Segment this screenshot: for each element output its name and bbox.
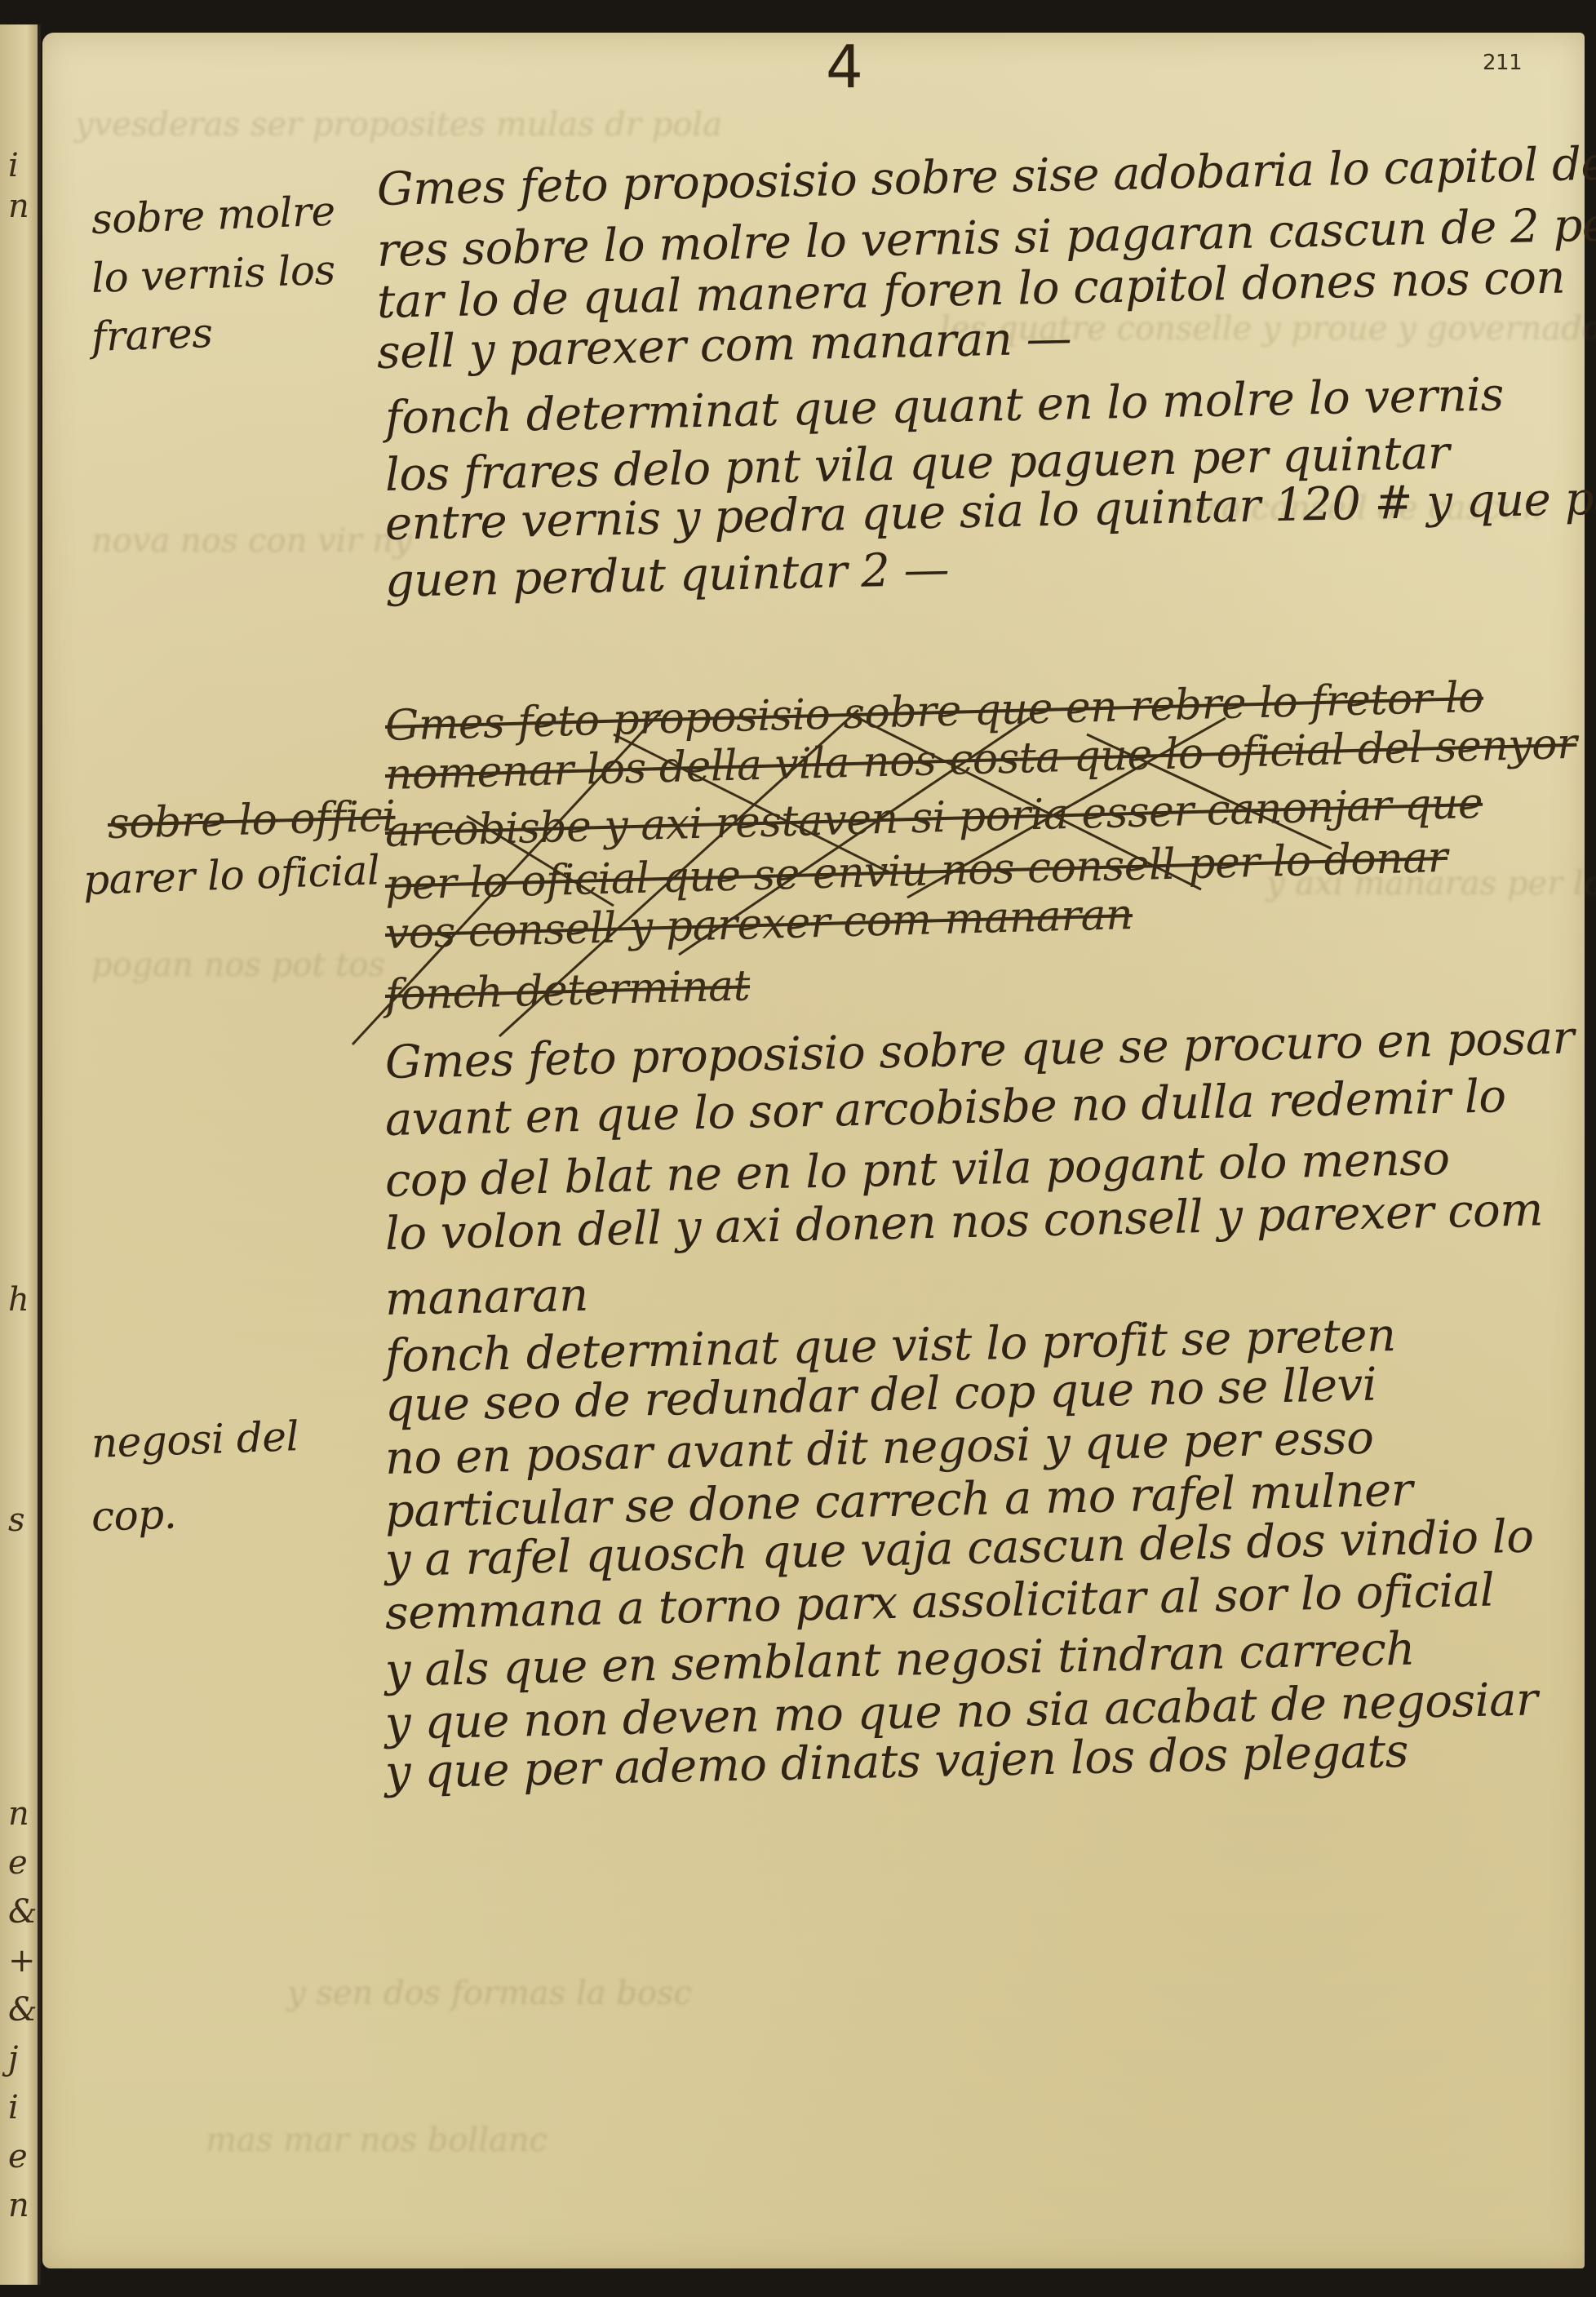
- margin-note: cop.: [91, 1490, 177, 1541]
- edge-letter: n: [8, 188, 29, 225]
- margin-note: frares: [91, 309, 213, 361]
- edge-letter: e: [8, 2138, 28, 2175]
- edge-letter: s: [8, 1501, 25, 1539]
- edge-letter: n: [8, 1795, 29, 1833]
- bleed-through-text: y sen dos formas la bosc: [287, 1975, 692, 2012]
- text-line: manaran: [384, 1269, 588, 1326]
- margin-note: sobre molre: [91, 188, 335, 243]
- folio-number-corner: 211: [1483, 51, 1522, 75]
- edge-letter: j: [8, 2040, 18, 2077]
- edge-letter: &: [8, 1893, 38, 1931]
- edge-letter: i: [8, 2089, 19, 2126]
- bleed-through-text: pogan nos pot tos: [91, 947, 385, 984]
- folio-number: 4: [826, 33, 862, 101]
- margin-note: sobre lo offici: [107, 792, 396, 849]
- previous-page-edge: i n h s n e & + & j i e n: [0, 24, 41, 2285]
- edge-letter: i: [8, 147, 19, 184]
- text-line: guen perdut quintar 2 —: [384, 543, 949, 608]
- previous-page-letters: i n h s n e & + & j i e n: [3, 24, 34, 2285]
- margin-note: parer lo oficial: [82, 846, 380, 904]
- edge-letter: e: [8, 1844, 28, 1882]
- edge-letter: &: [8, 1991, 38, 2029]
- bleed-through-text: yvesderas ser proposites mulas dr pola: [75, 106, 722, 144]
- bleed-through-text: nova nos con vir ny: [91, 522, 412, 560]
- edge-letter: h: [8, 1281, 29, 1319]
- edge-letter: n: [8, 2187, 29, 2224]
- struck-text-line: fonch determinat: [384, 961, 751, 1020]
- manuscript-page: yvesderas ser proposites mulas dr pola l…: [42, 33, 1585, 2268]
- bleed-through-text: mas mar nos bollanc: [206, 2122, 548, 2159]
- margin-note: negosi del: [91, 1412, 299, 1467]
- margin-note: lo vernis los: [91, 246, 336, 302]
- edge-letter: +: [8, 1942, 36, 1980]
